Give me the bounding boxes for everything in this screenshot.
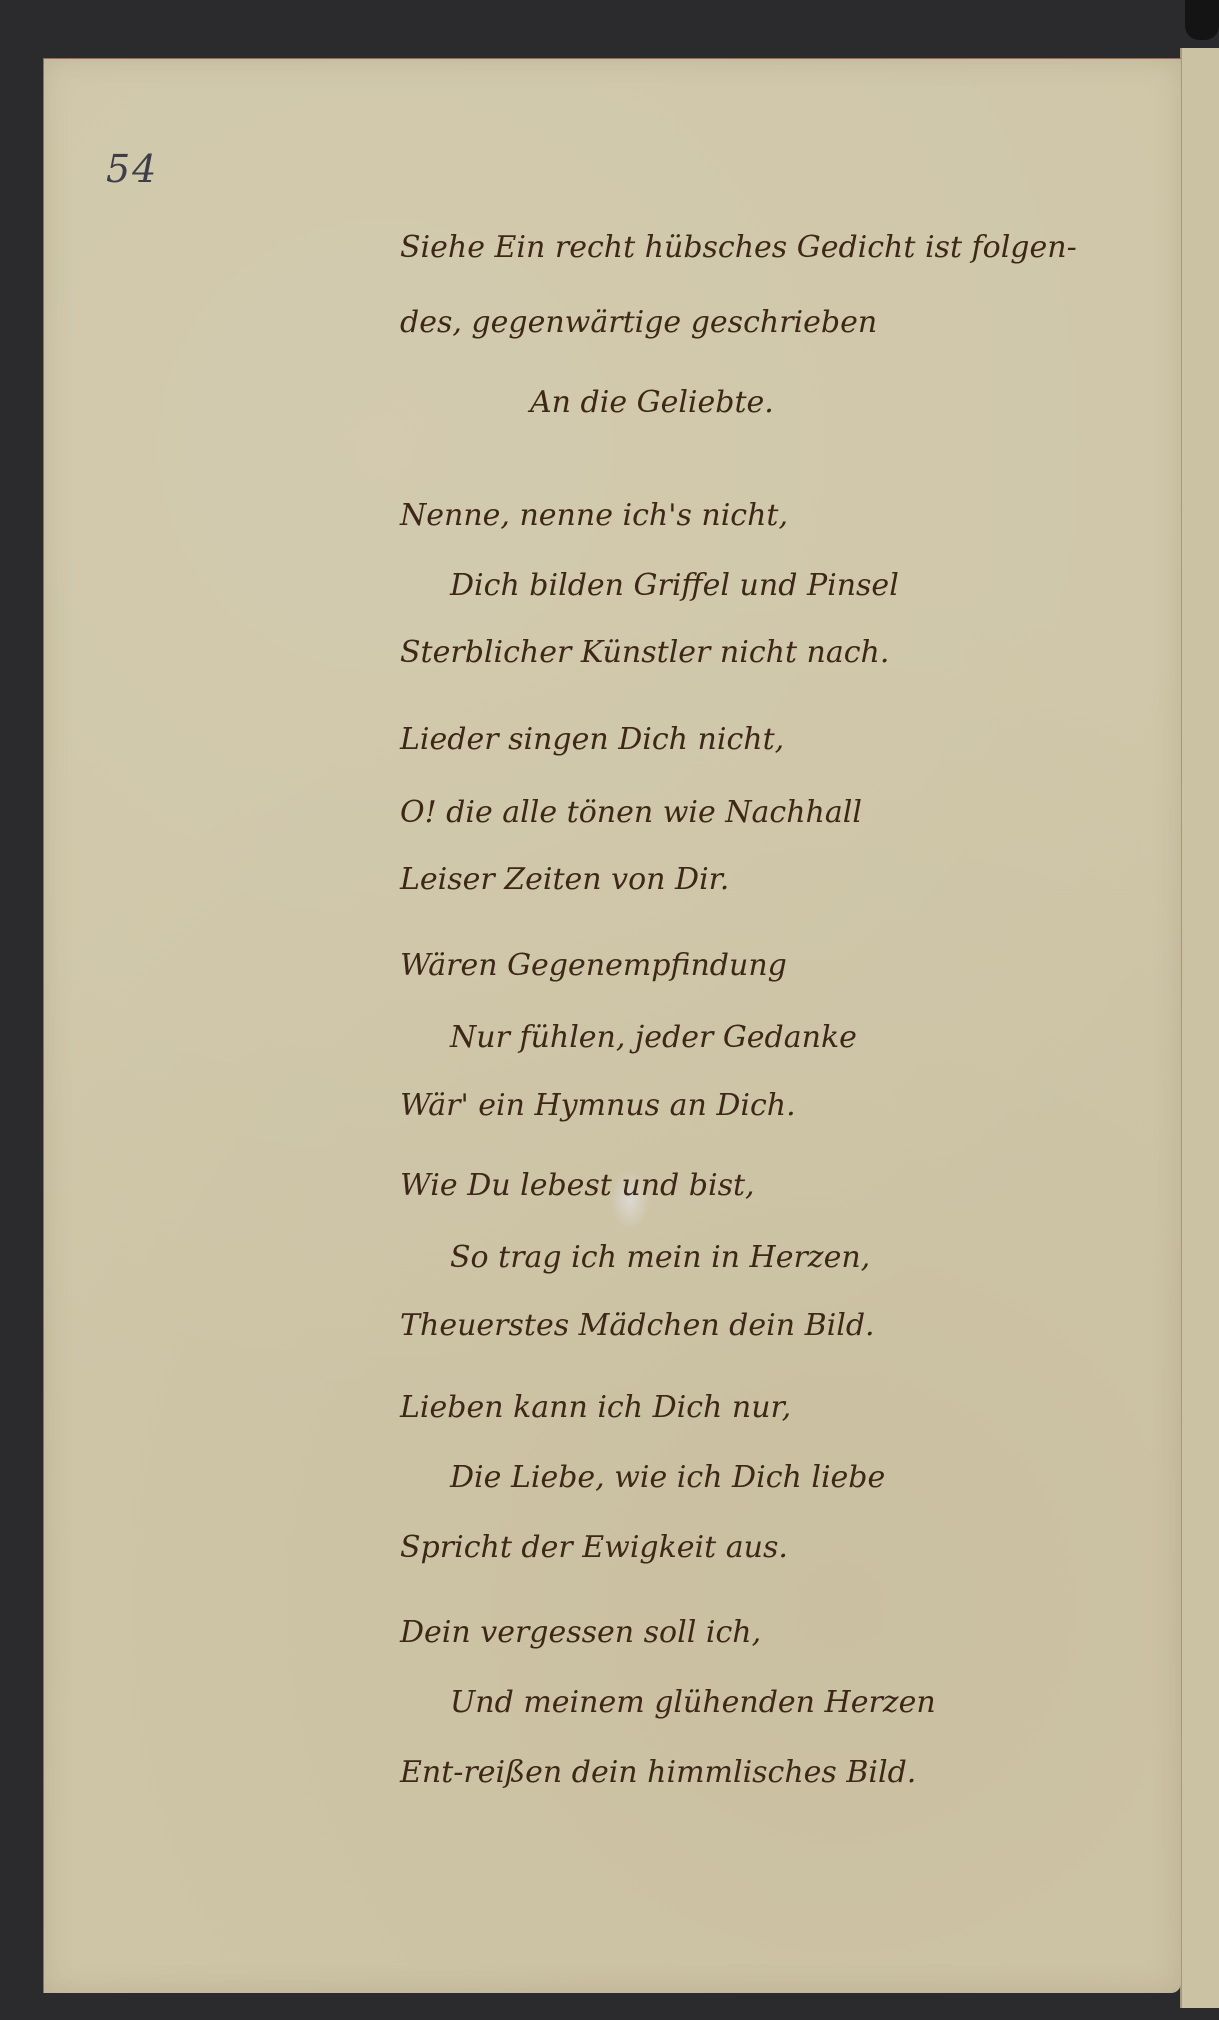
poem-line: Lieben kann ich Dich nur, [400, 1390, 791, 1425]
poem-line: Dein vergessen soll ich, [400, 1615, 761, 1650]
poem-line: Sterblicher Künstler nicht nach. [400, 635, 889, 670]
poem-line: Leiser Zeiten von Dir. [400, 862, 729, 897]
poem-line: Wären Gegenempfindung [400, 948, 787, 983]
page-number: 54 [106, 147, 158, 191]
poem-line: Wär' ein Hymnus an Dich. [400, 1088, 796, 1123]
poem-line: Nur fühlen, jeder Gedanke [400, 1020, 857, 1055]
poem-line: Die Liebe, wie ich Dich liebe [400, 1460, 885, 1495]
poem-line: So trag ich mein in Herzen, [400, 1240, 870, 1275]
poem-line: Spricht der Ewigkeit aus. [400, 1530, 788, 1565]
poem-line: Nenne, nenne ich's nicht, [400, 498, 788, 533]
header-line: des, gegenwärtige geschrieben [400, 305, 877, 340]
poem-line: Wie Du lebest und bist, [400, 1168, 755, 1203]
binding-clip-shadow [1185, 0, 1219, 40]
adjacent-page-edge [1180, 48, 1219, 2008]
poem-line: Theuerstes Mädchen dein Bild. [400, 1308, 875, 1343]
poem-line: Lieder singen Dich nicht, [400, 722, 784, 757]
header-line: Siehe Ein recht hübsches Gedicht ist fol… [400, 230, 1077, 265]
poem-line: Und meinem glühenden Herzen [400, 1685, 936, 1720]
poem-line: Dich bilden Griffel und Pinsel [400, 568, 899, 603]
poem-line: Ent-reißen dein himmlisches Bild. [400, 1755, 916, 1790]
poem-title: An die Geliebte. [400, 385, 774, 420]
poem-line: O! die alle tönen wie Nachhall [400, 795, 862, 830]
